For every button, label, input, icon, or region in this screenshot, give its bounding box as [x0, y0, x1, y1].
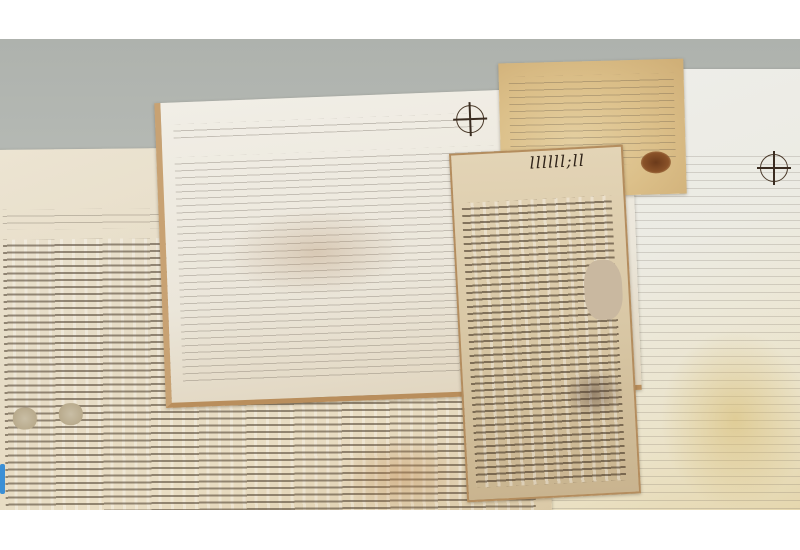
notarial-rosette-icon: [456, 105, 485, 134]
yellow-stain: [660, 329, 800, 509]
bold-script-lines: [462, 195, 627, 487]
blue-object-edge: [0, 464, 5, 494]
manuscripts-photo: llllll;ll: [0, 39, 800, 510]
torn-patch: [583, 259, 624, 321]
ink-blot: [641, 151, 672, 174]
parchment-hole: [59, 403, 83, 425]
title-script-line: [173, 113, 473, 139]
parchment-hole: [13, 407, 37, 429]
notarial-signature: llllll;ll: [529, 151, 585, 173]
document-small-dark-note: llllll;ll: [449, 145, 641, 503]
brown-stain: [341, 435, 462, 510]
notarial-rosette-icon: [760, 154, 788, 182]
